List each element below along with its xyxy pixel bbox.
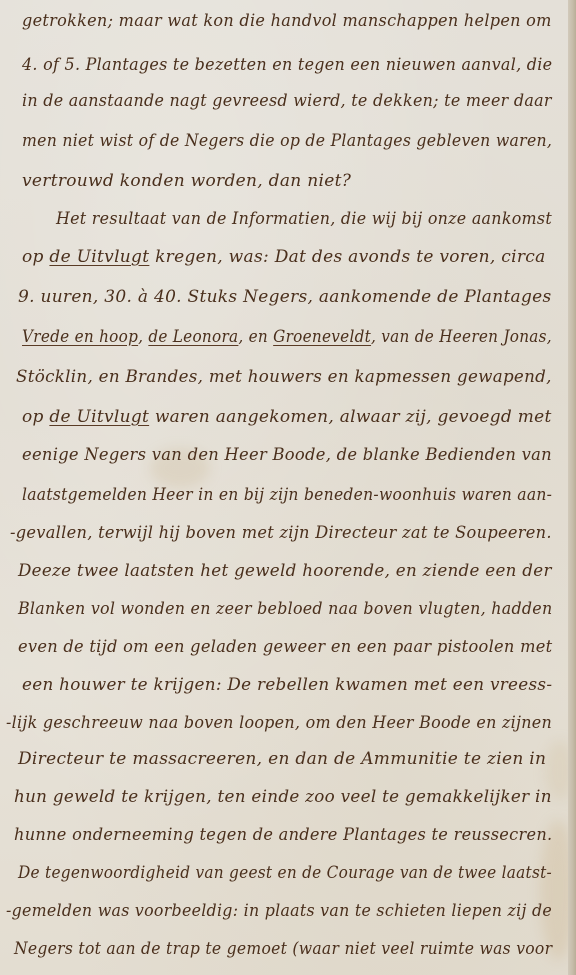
underlined-place-name: Groeneveldt	[273, 327, 371, 347]
underlined-place-name: Vrede en hoop	[22, 327, 138, 347]
line-text: waren aangekomen, alwaar zij, gevoegd me…	[149, 407, 551, 427]
text-line: 9. uuren, 30. à 40. Stuks Negers, aankom…	[18, 286, 551, 308]
line-text: kregen, was: Dat des avonds te voren, ci…	[149, 247, 545, 267]
text-line: -gevallen, terwijl hij boven met zijn Di…	[10, 522, 552, 544]
paragraph-start-line: Het resultaat van de Informatien, die wi…	[56, 208, 552, 230]
line-text: op	[22, 247, 49, 267]
text-line: hunne onderneeming tegen de andere Plant…	[14, 824, 552, 846]
text-line: Directeur te massacreeren, en dan de Amm…	[18, 748, 546, 770]
text-line: op de Uitvlugt kregen, was: Dat des avon…	[22, 246, 546, 268]
underlined-place-name: de Leonora	[148, 327, 238, 347]
text-line: Negers tot aan de trap te gemoet (waar n…	[14, 938, 552, 960]
text-line: Blanken vol wonden en zeer bebloed naa b…	[18, 598, 552, 620]
line-text: , en	[238, 327, 273, 347]
text-line: eenige Negers van den Heer Boode, de bla…	[22, 444, 552, 466]
text-line: Vrede en hoop, de Leonora, en Groeneveld…	[22, 326, 552, 348]
text-line: 4. of 5. Plantages te bezetten en tegen …	[22, 54, 552, 76]
line-text: op	[22, 407, 49, 427]
text-line: -lijk geschreeuw naa boven loopen, om de…	[6, 712, 552, 734]
text-line: hun geweld te krijgen, ten einde zoo vee…	[14, 786, 552, 808]
text-line: getrokken; maar wat kon die handvol mans…	[22, 10, 552, 32]
text-line: Deeze twee laatsten het geweld hoorende,…	[18, 560, 552, 582]
underlined-place-name: de Uitvlugt	[49, 247, 149, 267]
underlined-place-name: de Uitvlugt	[49, 407, 149, 427]
text-line: men niet wist of de Negers die op de Pla…	[22, 130, 552, 152]
line-text: ,	[138, 327, 148, 347]
text-line: even de tijd om een geladen geweer en ee…	[18, 636, 552, 658]
text-line: laatstgemelden Heer in en bij zijn bened…	[22, 484, 552, 506]
text-line: Stöcklin, en Brandes, met houwers en kap…	[16, 366, 552, 388]
text-line: De tegenwoordigheid van geest en de Cour…	[18, 862, 552, 884]
text-line: een houwer te krijgen: De rebellen kwame…	[22, 674, 552, 696]
text-line: vertrouwd konden worden, dan niet?	[22, 170, 351, 192]
text-line: in de aanstaande nagt gevreesd wierd, te…	[22, 90, 552, 112]
line-text: , van de Heeren Jonas,	[371, 327, 552, 347]
page-edge	[568, 0, 576, 975]
text-line: -gemelden was voorbeeldig: in plaats van…	[6, 900, 552, 922]
manuscript-page: getrokken; maar wat kon die handvol mans…	[0, 0, 576, 975]
text-line: op de Uitvlugt waren aangekomen, alwaar …	[22, 406, 552, 428]
